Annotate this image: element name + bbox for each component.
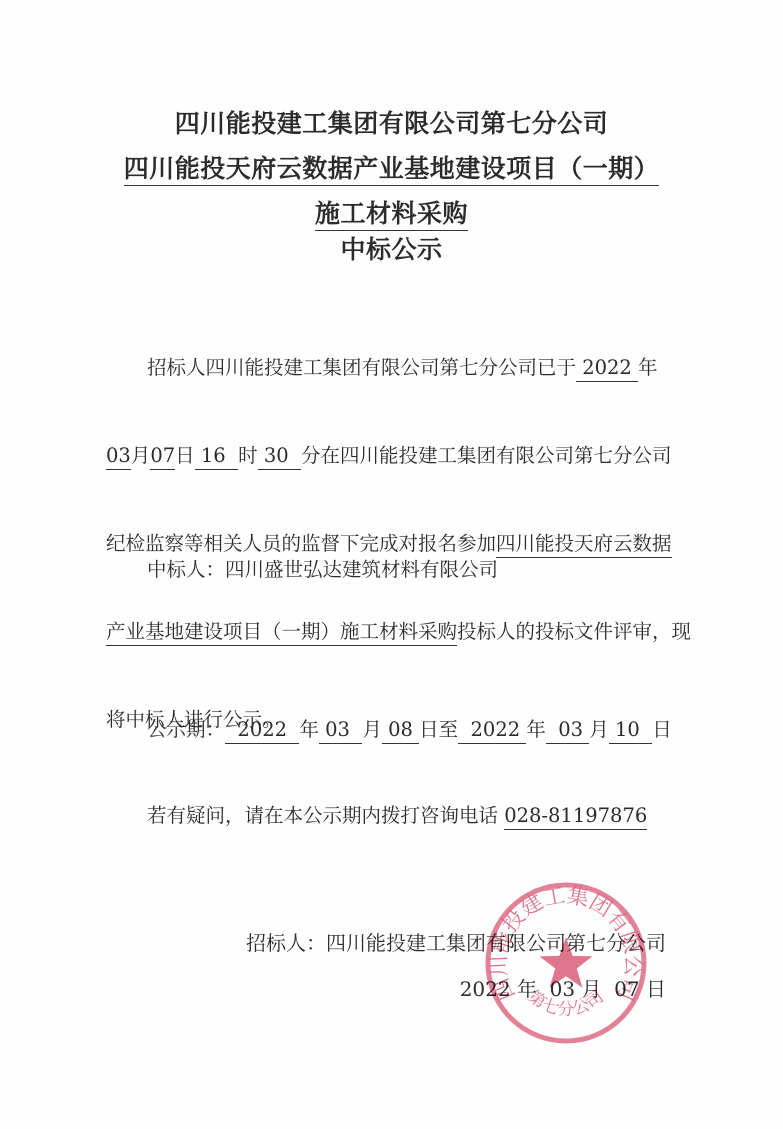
company-seal: 四川能投建工集团有限公司 第七分公司 [471,868,661,1058]
publicity-text: 日至 [419,718,458,741]
paragraph-text: 分在四川能投建工集团有限公司第七分公司 [301,444,672,467]
publicity-text: 年 [299,718,319,741]
scanned-document-page: 四川能投建工集团有限公司第七分公司 四川能投天府云数据产业基地建设项目（一期） … [0,0,783,1129]
paragraph-text: 时 [238,444,258,467]
blank-start-month: 03 [319,718,362,744]
blank-day: 07 [150,444,175,470]
publicity-text: 年 [526,718,546,741]
paragraph-text: 日 [175,444,195,467]
title-line-announcement: 中标公示 [0,230,783,266]
blank-month: 03 [106,444,131,470]
title-line-project: 四川能投天府云数据产业基地建设项目（一期） [0,149,783,185]
blank-hour: 16 [195,444,238,470]
title-procurement-text: 施工材料采购 [315,199,468,231]
blank-minute: 30 [258,444,301,470]
paragraph-line-1: 招标人四川能投建工集团有限公司第七分公司已于 2022 年 [106,347,691,389]
publicity-text: 月 [589,718,609,741]
blank-start-day: 08 [382,718,419,744]
underlined-project-name-part1: 四川能投天府云数据 [496,532,672,558]
paragraph-line-2: 03月07日 16 时 30 分在四川能投建工集团有限公司第七分公司 [106,435,691,477]
seal-bottom-text: 第七分公司 [524,987,608,1020]
blank-year: 2022 [576,356,638,382]
underlined-project-name-part2: 产业基地建设项目（一期）施工材料采购 [106,620,457,646]
paragraph-text: 月 [131,444,151,467]
publicity-label: 公示期： [147,718,225,741]
title-project-text: 四川能投天府云数据产业基地建设项目（一期） [124,154,660,186]
winner-text: 中标人：四川盛世弘达建筑材料有限公司 [147,558,498,581]
publicity-text: 日 [652,718,672,741]
question-text: 若有疑问，请在本公示期内拨打咨询电话 [147,804,504,827]
title-announcement-text: 中标公示 [340,235,442,264]
blank-end-day: 10 [609,718,652,744]
paragraph-text: 年 [638,356,658,379]
winner-line: 中标人：四川盛世弘达建筑材料有限公司 [147,549,498,591]
seal-bottom-text-holder: 第七分公司 [524,987,608,1020]
title-line-company: 四川能投建工集团有限公司第七分公司 [0,104,783,140]
paragraph-text: 投标人的投标文件评审，现 [457,620,691,643]
seal-star [539,937,592,988]
blank-end-year: 2022 [458,718,526,744]
blank-start-year: 2022 [225,718,299,744]
blank-end-month: 03 [546,718,589,744]
publicity-block: 公示期： 2022 年 03 月 08 日至 2022 年 03 月 10 日 … [147,664,672,882]
publicity-period-line: 公示期： 2022 年 03 月 08 日至 2022 年 03 月 10 日 [147,710,672,750]
question-line: 若有疑问，请在本公示期内拨打咨询电话 028-81197876 [147,796,672,836]
title-line-procurement: 施工材料采购 [0,194,783,230]
phone-number: 028-81197876 [504,804,647,830]
title-company-text: 四川能投建工集团有限公司第七分公司 [175,109,609,138]
paragraph-text: 招标人四川能投建工集团有限公司第七分公司已于 [147,356,576,379]
publicity-text: 月 [362,718,382,741]
paragraph-line-4: 产业基地建设项目（一期）施工材料采购投标人的投标文件评审，现 [106,611,691,653]
